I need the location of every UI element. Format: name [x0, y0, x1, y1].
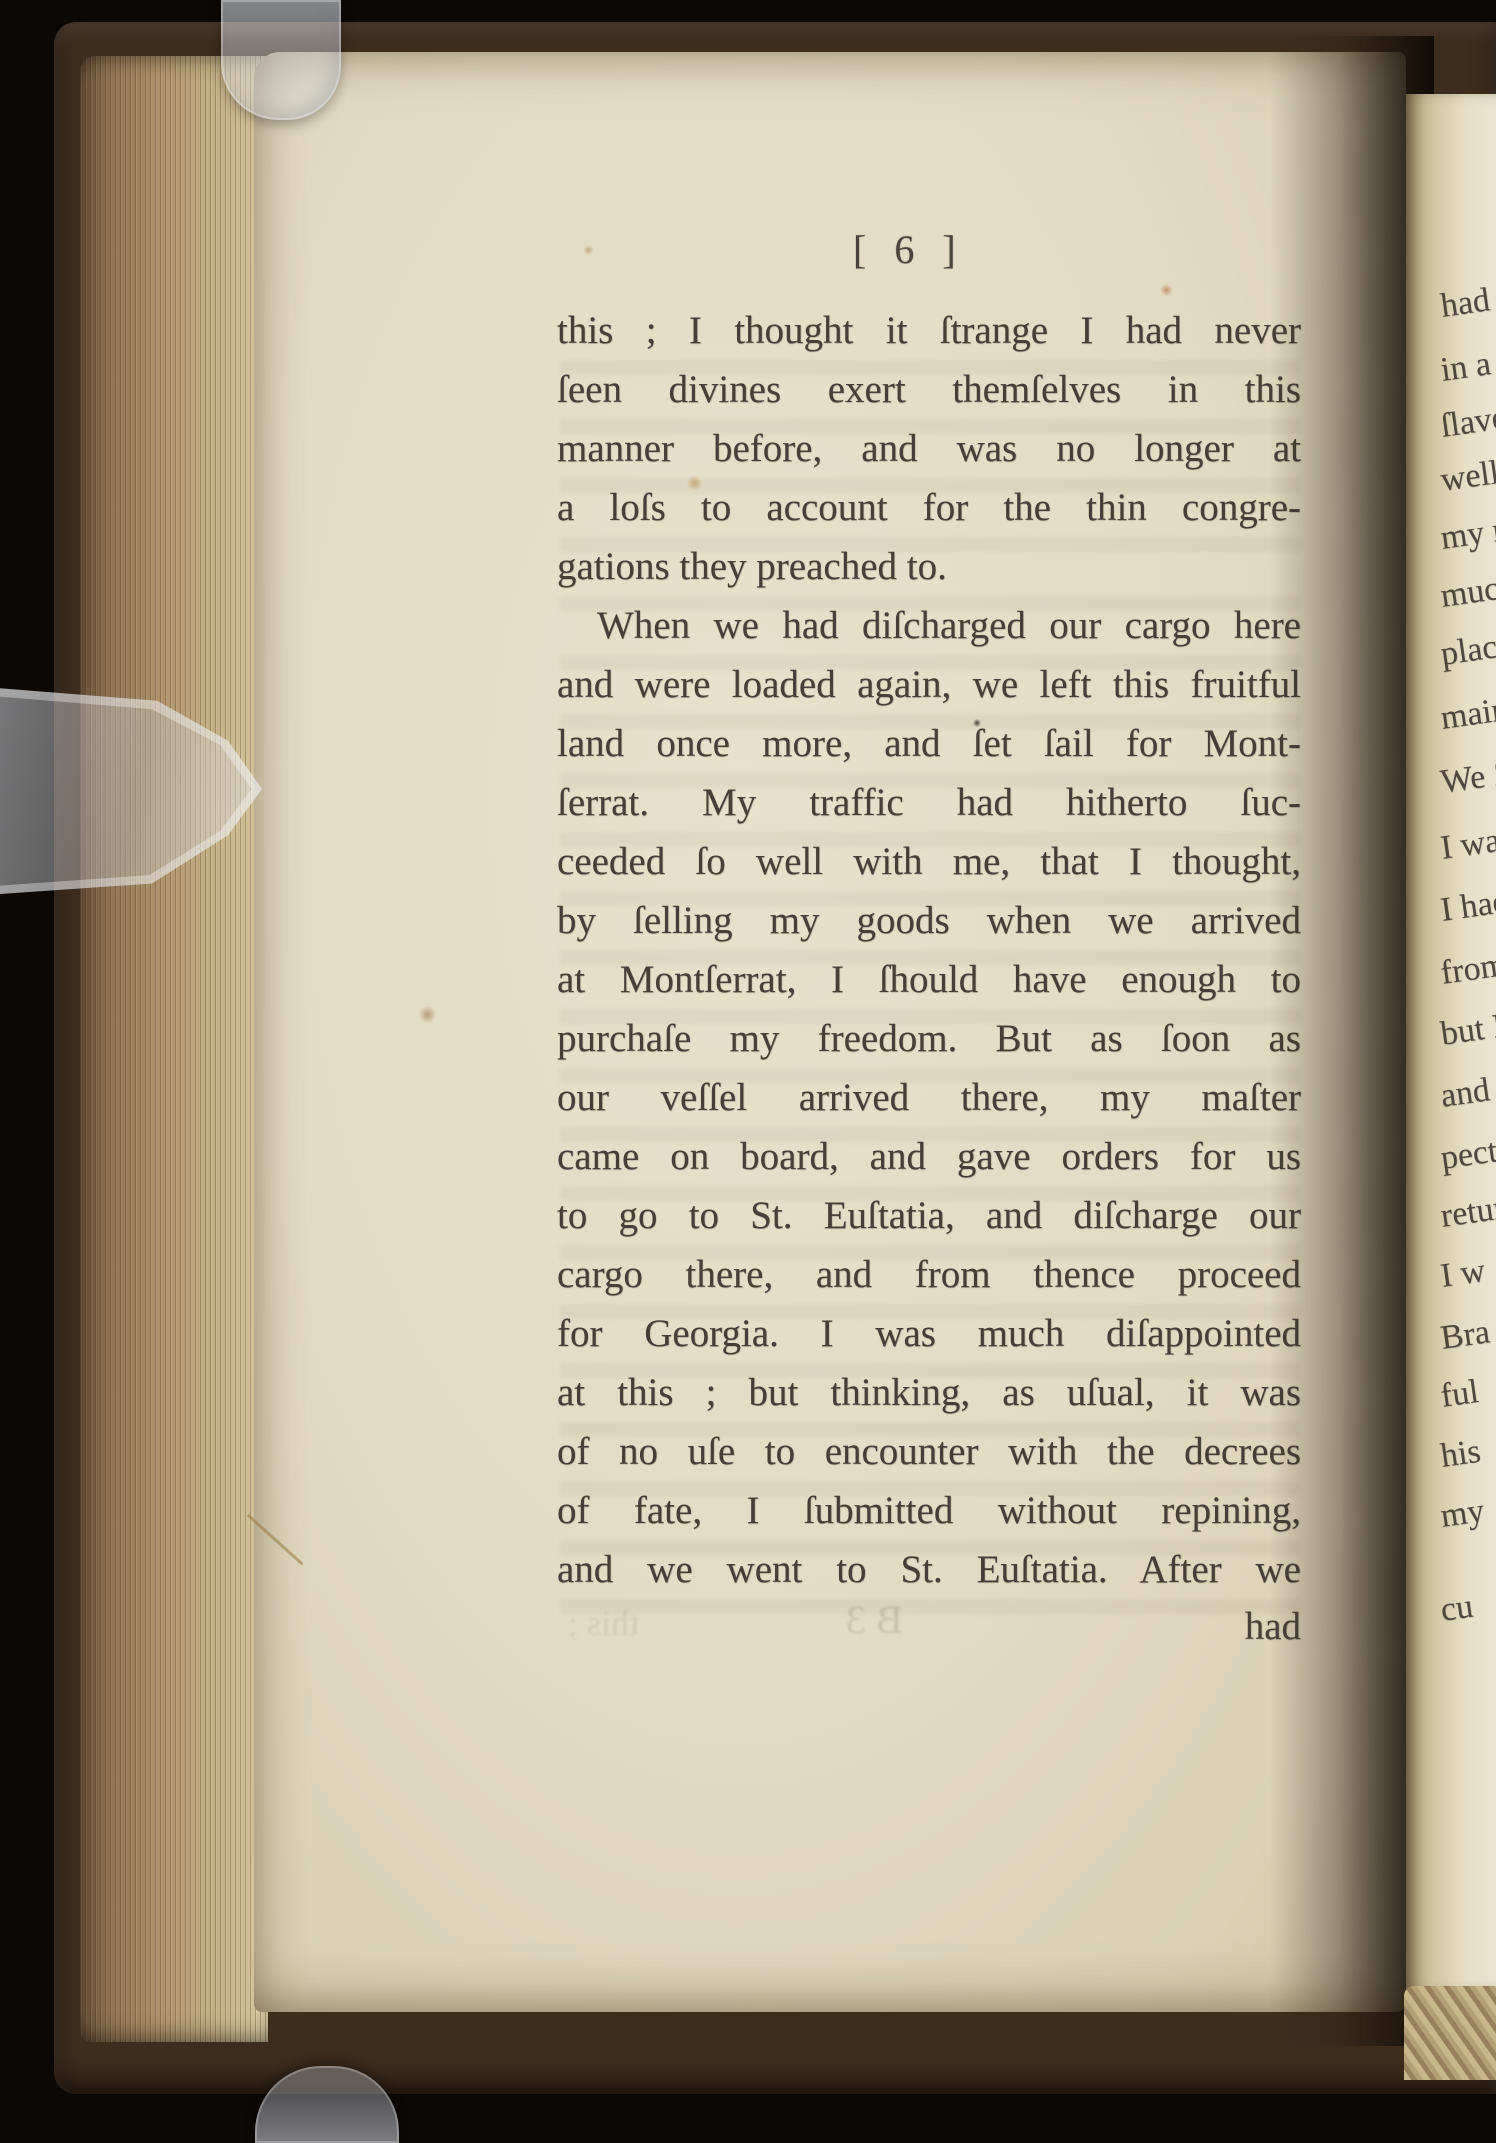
facing-page-text-fragment: my: [1438, 1492, 1486, 1536]
text-line: gations they preached to.: [557, 544, 1301, 591]
text-line: to go to St. Euſtatia, and diſcharge our: [557, 1193, 1301, 1240]
text-line: and were loaded again, we left this frui…: [557, 662, 1301, 709]
page-number: [ 6 ]: [853, 226, 965, 273]
text-line: by ſelling my goods when we arrived: [557, 898, 1301, 945]
paper-stain: [583, 245, 594, 255]
text-line: When we had diſcharged our cargo here: [557, 603, 1301, 650]
facing-page-text-fragment: ful: [1438, 1373, 1481, 1416]
facing-page-text-fragment: retur: [1438, 1189, 1496, 1236]
page-stack-fore-edge: [80, 56, 268, 2042]
text-line: a loſs to account for the thin congre-: [557, 485, 1301, 532]
catchword: had: [557, 1604, 1301, 1649]
text-line: ſeen divines exert themſelves in this: [557, 367, 1301, 414]
text-line: cargo there, and from thence proceed: [557, 1252, 1301, 1299]
book-photograph: B 3 this ; [ 6 ] this ; I thought it ſtr…: [0, 0, 1496, 2143]
paper-stain: [1160, 284, 1173, 296]
text-line: purchaſe my freedom. But as ſoon as: [557, 1016, 1301, 1063]
text-line: of no uſe to encounter with the decrees: [557, 1429, 1301, 1476]
text-line: this ; I thought it ſtrange I had never: [557, 308, 1301, 355]
facing-page-text-fragment: We ſ: [1438, 755, 1496, 801]
text-line: of fate, I ſubmitted without repining,: [557, 1488, 1301, 1535]
text-line: our veſſel arrived there, my maſter: [557, 1075, 1301, 1122]
text-line: manner before, and was no longer at: [557, 426, 1301, 473]
facing-page-text-fragment: from: [1438, 946, 1496, 993]
paper-stain: [418, 1006, 437, 1023]
facing-page-text-fragment: I w: [1438, 1252, 1487, 1296]
facing-page-text-fragment: Bra: [1438, 1313, 1492, 1357]
facing-page-text-fragment: cu: [1438, 1588, 1475, 1630]
text-line: for Georgia. I was much diſappointed: [557, 1311, 1301, 1358]
text-line: ceeded ſo well with me, that I thought,: [557, 839, 1301, 886]
endband-cloth: [1404, 1986, 1496, 2080]
facing-page-text-fragment: his: [1438, 1433, 1483, 1476]
plastic-clip-top: [221, 0, 341, 120]
text-line: at this ; but thinking, as uſual, it was: [557, 1370, 1301, 1417]
text-line: land once more, and ſet ſail for Mont-: [557, 721, 1301, 768]
text-line: and we went to St. Euſtatia. After we: [557, 1547, 1301, 1594]
text-line: came on board, and gave orders for us: [557, 1134, 1301, 1181]
text-line: ſerrat. My traffic had hitherto ſuc-: [557, 780, 1301, 827]
text-line: at Montſerrat, I ſhould have enough to: [557, 957, 1301, 1004]
facing-page-text-fragment: and: [1438, 1071, 1492, 1115]
facing-page-text-fragment: but I: [1438, 1007, 1496, 1053]
